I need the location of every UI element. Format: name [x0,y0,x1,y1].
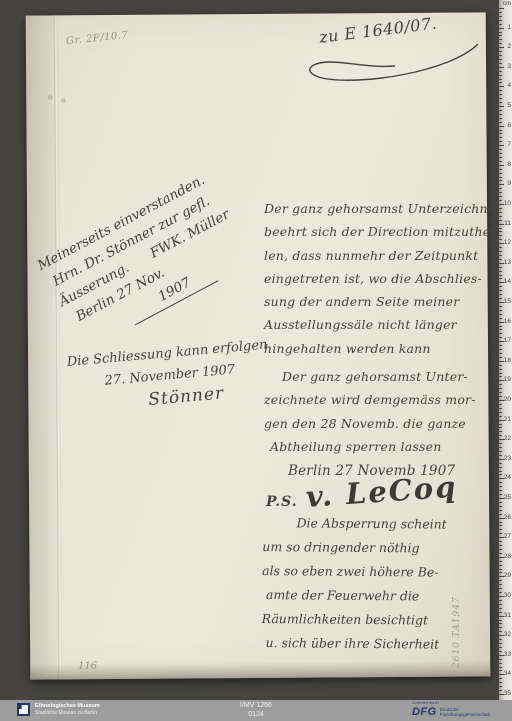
ruler-number: 33 [504,652,511,658]
ruler-tick [499,24,502,25]
ruler-tick [499,235,502,236]
ruler-tick [499,314,502,315]
ruler-tick [499,451,502,452]
ruler-number: 11 [504,221,511,227]
ruler-tick [499,114,502,115]
ruler-number: 28 [504,554,511,560]
postscript-line: um so dringender nöthig [262,535,486,561]
ruler-tick [499,549,502,550]
ruler-tick [499,12,502,13]
ruler-tick [499,20,502,21]
letter-paragraph-2: Der ganz gehorsamst Unter- zeichnete wir… [264,365,482,458]
ruler-tick [499,651,502,652]
ruler-tick [499,506,502,507]
ruler-tick [499,345,502,346]
ruler-tick [499,141,502,142]
ruler-tick [499,247,502,248]
ruler-tick [499,59,502,60]
ruler-tick [499,43,502,44]
ruler-tick [499,447,502,448]
ruler-number: 10 [504,201,511,207]
ruler-tick [499,643,502,644]
ruler-tick [499,435,502,436]
ruler-tick [499,149,502,150]
ruler-number: 30 [504,593,511,599]
letter-line: Der ganz gehorsamst Unter- [282,365,482,388]
ruler-tick [499,490,502,491]
ruler-tick [499,647,502,648]
ruler-tick [499,541,502,542]
ruler-tick [499,180,502,181]
ruler-tick [499,286,502,287]
ruler-number: 35 [504,691,511,697]
ruler-number: 7 [507,142,511,148]
ruler-number: 29 [504,573,511,579]
ruler-tick [499,388,502,389]
ruler-tick [499,514,502,515]
ruler-tick [499,431,502,432]
ruler-tick [499,51,502,52]
letter-line: sung der andern Seite meiner [264,290,482,313]
ruler-tick [499,631,502,632]
archive-footer-bar: Ethnologisches Museum Staatliche Museen … [0,700,512,721]
ruler-tick [499,686,502,687]
ruler-tick [499,561,502,562]
ruler-tick [499,228,502,229]
ruler-tick [499,298,502,299]
ruler-tick [499,529,502,530]
letter-line: eingetreten ist, wo die Abschlies- [264,267,482,290]
letter-body: Der ganz gehorsamst Unterzeichnete beehr… [264,197,482,509]
ruler-tick [499,251,502,252]
ruler-tick [499,588,502,589]
dfg-logo: DFG [412,706,437,718]
ruler-tick [499,333,502,334]
ruler-tick [499,412,502,413]
ruler-tick [499,133,502,134]
letter-line: zeichnete wird demgemäss mor- [264,388,482,411]
paper-bottom-fold-shadow [30,660,490,679]
ruler-tick [499,177,502,178]
ruler-number: 5 [507,103,511,109]
ruler-tick [499,545,502,546]
ruler-tick [499,47,504,48]
ruler-tick [499,63,502,64]
ruler-tick [499,329,502,330]
ruler-number: 15 [504,299,511,305]
ruler-tick [499,349,502,350]
ruler-number: 9 [507,181,511,187]
ruler-unit-label: cm [503,1,511,7]
ruler-tick [499,165,504,166]
postscript-line: als so eben zwei höhere Be- [262,559,486,585]
ruler-number: 16 [504,319,511,325]
ruler-tick [499,184,504,185]
ruler-tick [499,82,502,83]
letter-line: Abtheilung sperren lassen [270,435,482,458]
ruler-tick [499,137,502,138]
ruler-tick [499,169,502,170]
ruler-tick [499,86,504,87]
ruler-number: 4 [507,83,511,89]
ruler-tick [499,94,502,95]
ruler-tick [499,310,502,311]
ruler-tick [499,604,502,605]
ruler-tick [499,474,502,475]
ruler-tick [499,192,502,193]
ruler-number: 1 [507,25,511,31]
ruler-tick [499,384,502,385]
lecoq-signature: v. LeCoq [305,473,482,509]
ruler-tick [499,353,502,354]
ruler-number: 20 [504,397,511,403]
ruler-tick [499,392,502,393]
ruler-tick [499,122,502,123]
ruler-number: 22 [504,436,511,442]
ruler-tick [499,659,502,660]
ruler-tick [499,200,502,201]
ruler-tick [499,667,502,668]
ruler-tick [499,28,504,29]
ruler-tick [499,443,502,444]
ruler-tick [499,220,502,221]
ruler-tick [499,326,502,327]
ruler-tick [499,71,502,72]
ruler-tick [499,565,502,566]
ruler-tick [499,627,502,628]
ruler-tick [499,157,502,158]
ruler-tick [499,416,502,417]
ruler-tick [499,620,502,621]
ruler-number: 19 [504,377,511,383]
ruler-tick [499,357,502,358]
ruler-number: 18 [504,358,511,364]
ruler-tick [499,376,502,377]
ruler-tick [499,623,502,624]
ruler-number: 31 [504,613,511,619]
ruler-tick [499,404,502,405]
ruler-number: 17 [504,338,511,344]
ruler-tick [499,294,502,295]
ruler-number: 6 [507,123,511,129]
ruler-tick [499,271,502,272]
ruler-tick [499,16,502,17]
ruler-tick [499,75,502,76]
ruler-tick [499,502,502,503]
ruler-tick [499,365,502,366]
ruler-tick [499,584,502,585]
ruler-tick [499,572,502,573]
ruler-number: 34 [504,671,511,677]
ruler-tick [499,90,502,91]
ruler-tick [499,118,502,119]
ruler-tick [499,682,502,683]
pencil-archive-number-vertical: 2610 TA1947 [452,596,462,668]
ruler-tick [499,592,502,593]
ruler-tick [499,259,502,260]
letter-line: len, dass nunmehr der Zeitpunkt [264,244,482,267]
ruler-tick [499,290,502,291]
ruler-number: 24 [504,475,511,481]
ruler-tick [499,373,502,374]
ruler-tick [499,494,502,495]
ruler-tick [499,126,504,127]
ruler-number: 3 [507,64,511,70]
ruler-tick [499,173,502,174]
ruler-tick [499,467,502,468]
ruler-tick [499,67,504,68]
ruler-tick [499,216,502,217]
ruler-number: 12 [504,240,511,246]
ruler-number: 23 [504,456,511,462]
ruler-tick [499,486,502,487]
ruler-number: 27 [504,534,511,540]
ruler-tick [499,533,502,534]
letter-line: Der ganz gehorsamst Unterzeichnete [264,197,482,220]
ruler-tick [499,153,502,154]
ruler-tick [499,690,502,691]
ruler-tick [499,318,502,319]
ruler-tick [499,463,502,464]
ruler-tick [499,110,502,111]
ruler-tick [499,424,502,425]
ruler-tick [499,212,502,213]
ruler-tick [499,306,502,307]
ruler-tick [499,396,502,397]
ruler-tick [499,612,502,613]
ruler-tick [499,267,502,268]
punch-hole [48,95,52,99]
postscript-label: P.S. [266,494,298,510]
ruler-tick [499,224,504,225]
funding-label: Gefördert durch [412,701,439,705]
letter-line: hingehalten werden kann [264,337,482,360]
ruler-tick [499,275,502,276]
ruler-number: 25 [504,495,511,501]
ruler-number: 21 [504,417,511,423]
ruler-tick [499,639,502,640]
ruler-tick [499,427,502,428]
funding-block: Gefördert durch DFG Deutsche Forschungsg… [412,701,490,718]
ruler-number: 26 [504,515,511,521]
ruler: cm 1234567891011121314151617181920212223… [499,0,512,700]
ruler-tick [499,161,502,162]
ruler-tick [499,55,502,56]
ruler-number: 32 [504,632,511,638]
ruler-tick [499,255,502,256]
ruler-tick [499,145,504,146]
dfg-full-name: Deutsche Forschungsgemeinschaft [440,707,490,717]
ruler-tick [499,569,502,570]
ruler-tick [499,608,502,609]
ruler-tick [499,102,502,103]
ruler-tick [499,522,502,523]
ruler-tick [499,8,504,9]
ruler-tick [499,510,502,511]
postscript-line: Die Absperrung scheint [296,511,486,537]
letter-line: Ausstellungssäle nicht länger [264,313,482,336]
pencil-folio-number: 116 [78,661,97,672]
ruler-tick [499,98,502,99]
ruler-tick [499,130,502,131]
ruler-tick [499,278,502,279]
reference-flourish [300,34,485,89]
ruler-tick [499,188,502,189]
ruler-tick [499,35,502,36]
ruler-tick [499,208,502,209]
ruler-tick [499,455,502,456]
ruler-number: 8 [507,162,511,168]
ruler-number: 2 [507,44,511,50]
scanned-document-page: Gr. 2F/10.7 zu E 1640/07. Meinerseits ei… [0,0,512,721]
ruler-tick [499,580,502,581]
letter-line: gen den 28 Novemb. die ganze [264,412,482,435]
ruler-tick [499,678,502,679]
ruler-tick [499,79,502,80]
ruler-tick [499,239,502,240]
ruler-tick [499,663,502,664]
ruler-number: 13 [504,260,511,266]
punch-hole [61,98,65,102]
ruler-tick [499,32,502,33]
letter-line: beehrt sich der Direction mitzuthei- [264,220,482,243]
ruler-tick [499,39,502,40]
ruler-tick [499,525,502,526]
ruler-tick [499,369,502,370]
ruler-tick [499,553,502,554]
ruler-tick [499,471,502,472]
ruler-number: 14 [504,279,511,285]
ruler-tick [499,670,502,671]
ruler-tick [499,600,502,601]
dfg-name-line: Forschungsgemeinschaft [440,712,490,717]
ruler-tick [499,231,502,232]
ruler-tick [499,106,504,107]
ruler-tick [499,482,502,483]
ruler-tick [499,196,502,197]
ruler-tick [499,408,502,409]
ruler-tick [499,337,502,338]
